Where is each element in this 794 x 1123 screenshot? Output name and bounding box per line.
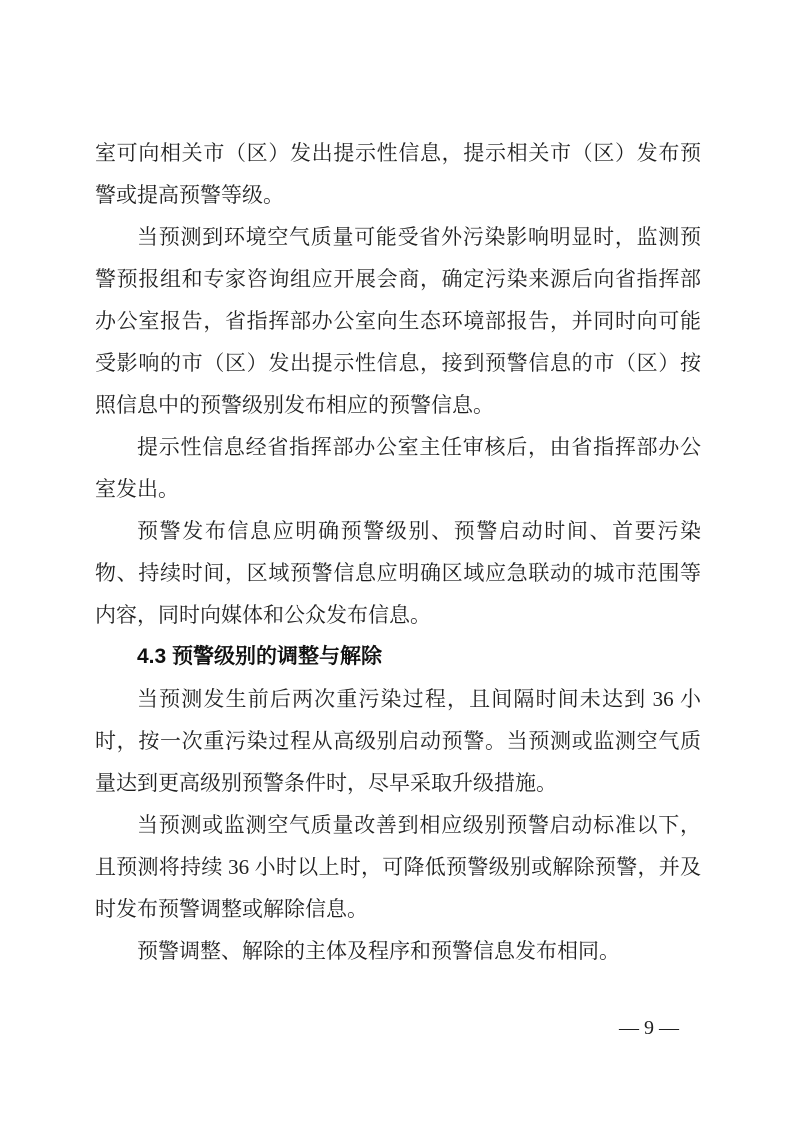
paragraph: 当预测发生前后两次重污染过程，且间隔时间未达到 36 小时，按一次重污染过程从高… — [95, 678, 701, 804]
paragraph: 预警发布信息应明确预警级别、预警启动时间、首要污染物、持续时间，区域预警信息应明… — [95, 510, 701, 636]
paragraph: 当预测到环境空气质量可能受省外污染影响明显时，监测预警预报组和专家咨询组应开展会… — [95, 216, 701, 426]
paragraph: 提示性信息经省指挥部办公室主任审核后，由省指挥部办公室发出。 — [95, 426, 701, 510]
paragraph-continuation: 室可向相关市（区）发出提示性信息，提示相关市（区）发布预警或提高预警等级。 — [95, 132, 701, 216]
document-page: 室可向相关市（区）发出提示性信息，提示相关市（区）发布预警或提高预警等级。 当预… — [0, 0, 794, 1123]
paragraph: 当预测或监测空气质量改善到相应级别预警启动标准以下，且预测将持续 36 小时以上… — [95, 804, 701, 930]
page-number: — 9 — — [619, 1013, 679, 1043]
paragraph: 预警调整、解除的主体及程序和预警信息发布相同。 — [95, 930, 701, 972]
document-body: 室可向相关市（区）发出提示性信息，提示相关市（区）发布预警或提高预警等级。 当预… — [95, 132, 701, 972]
section-heading-4-3: 4.3 预警级别的调整与解除 — [95, 636, 701, 678]
